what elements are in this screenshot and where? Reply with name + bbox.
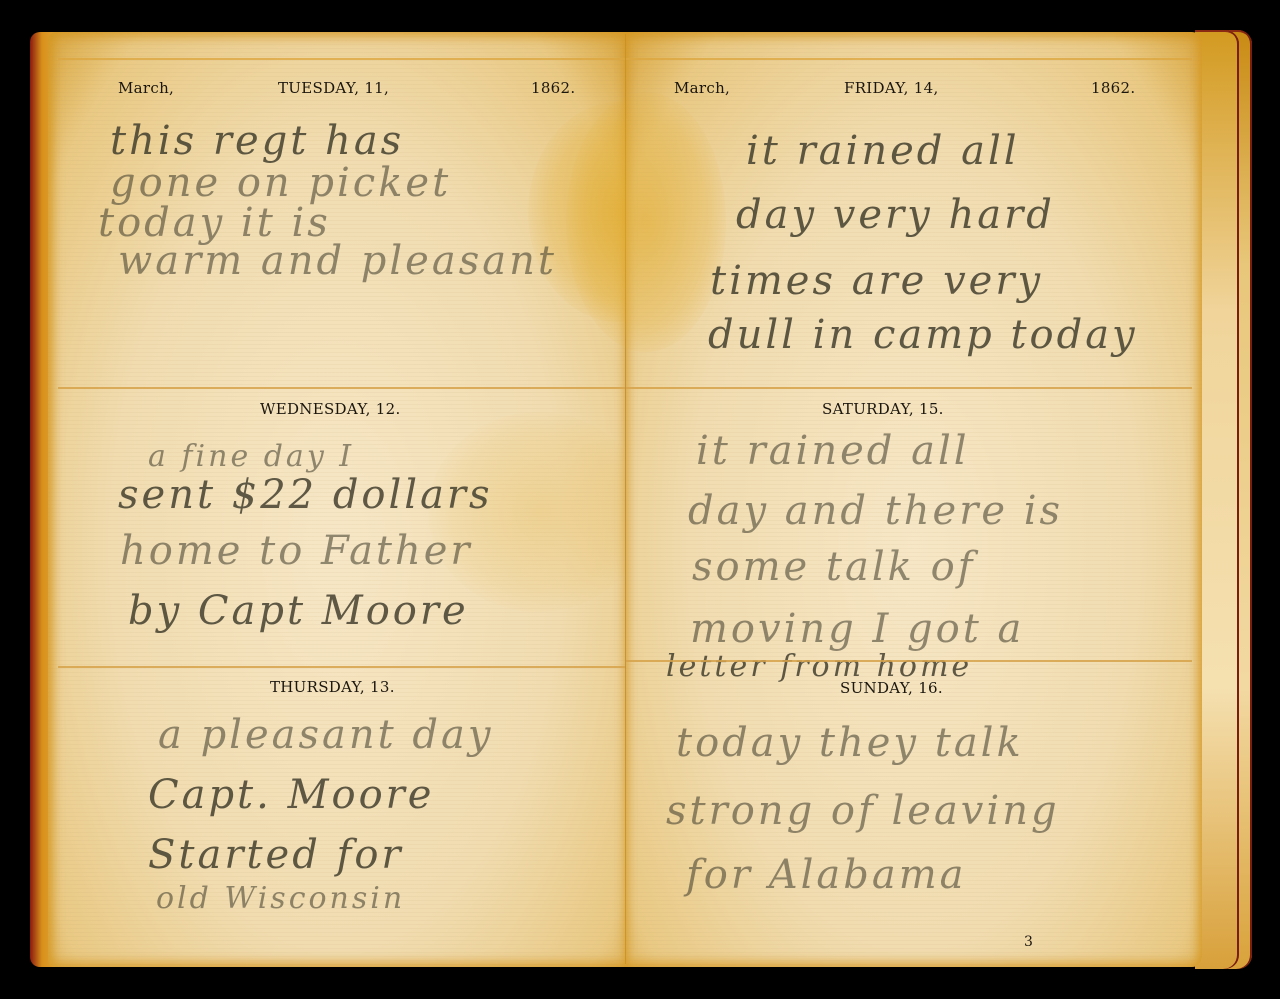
handwritten-line: dull in camp today [708, 312, 1138, 358]
day-heading-friday: FRIDAY, 14, [844, 79, 939, 97]
right-page: March, FRIDAY, 14, 1862. it rained all d… [626, 32, 1202, 967]
handwritten-line: day and there is [688, 488, 1063, 534]
day-heading-thursday: THURSDAY, 13. [270, 678, 395, 696]
handwritten-line: it rained all [746, 128, 1020, 174]
month-label: March, [118, 79, 174, 97]
handwritten-line: home to Father [120, 528, 473, 574]
handwritten-line: some talk of [692, 544, 975, 590]
day-heading-saturday: SATURDAY, 15. [822, 400, 944, 418]
handwritten-line: it rained all [696, 428, 970, 474]
handwritten-line: a pleasant day [158, 712, 493, 758]
handwritten-line: this regt has [110, 118, 404, 164]
section-divider [626, 387, 1192, 389]
handwritten-line: Started for [148, 832, 404, 878]
handwritten-line: for Alabama [686, 852, 966, 898]
handwritten-line: by Capt Moore [128, 588, 469, 634]
section-divider [58, 666, 626, 668]
year-label: 1862. [531, 79, 575, 97]
handwritten-line: moving I got a [690, 606, 1024, 652]
handwritten-line: sent $22 dollars [118, 472, 493, 518]
water-stain [566, 92, 726, 352]
left-page: March, TUESDAY, 11, 1862. this regt has … [48, 32, 626, 967]
day-heading-tuesday: TUESDAY, 11, [278, 79, 389, 97]
handwritten-line: a fine day I [148, 440, 354, 474]
handwritten-line: today they talk [676, 720, 1024, 766]
open-diary: March, TUESDAY, 11, 1862. this regt has … [30, 28, 1255, 973]
handwritten-line: warm and pleasant [118, 238, 557, 284]
day-heading-wednesday: WEDNESDAY, 12. [260, 400, 401, 418]
top-rule [58, 58, 626, 60]
day-heading-sunday: SUNDAY, 16. [840, 679, 943, 697]
section-divider [58, 387, 626, 389]
section-divider [626, 660, 1192, 662]
handwritten-line: strong of leaving [666, 788, 1060, 834]
handwritten-line: day very hard [736, 192, 1055, 238]
month-label: March, [674, 79, 730, 97]
page-number: 3 [1024, 934, 1033, 950]
handwritten-line: old Wisconsin [156, 882, 405, 916]
handwritten-line: times are very [710, 258, 1043, 304]
top-rule [626, 58, 1192, 60]
year-label: 1862. [1091, 79, 1135, 97]
handwritten-line: Capt. Moore [148, 772, 434, 818]
